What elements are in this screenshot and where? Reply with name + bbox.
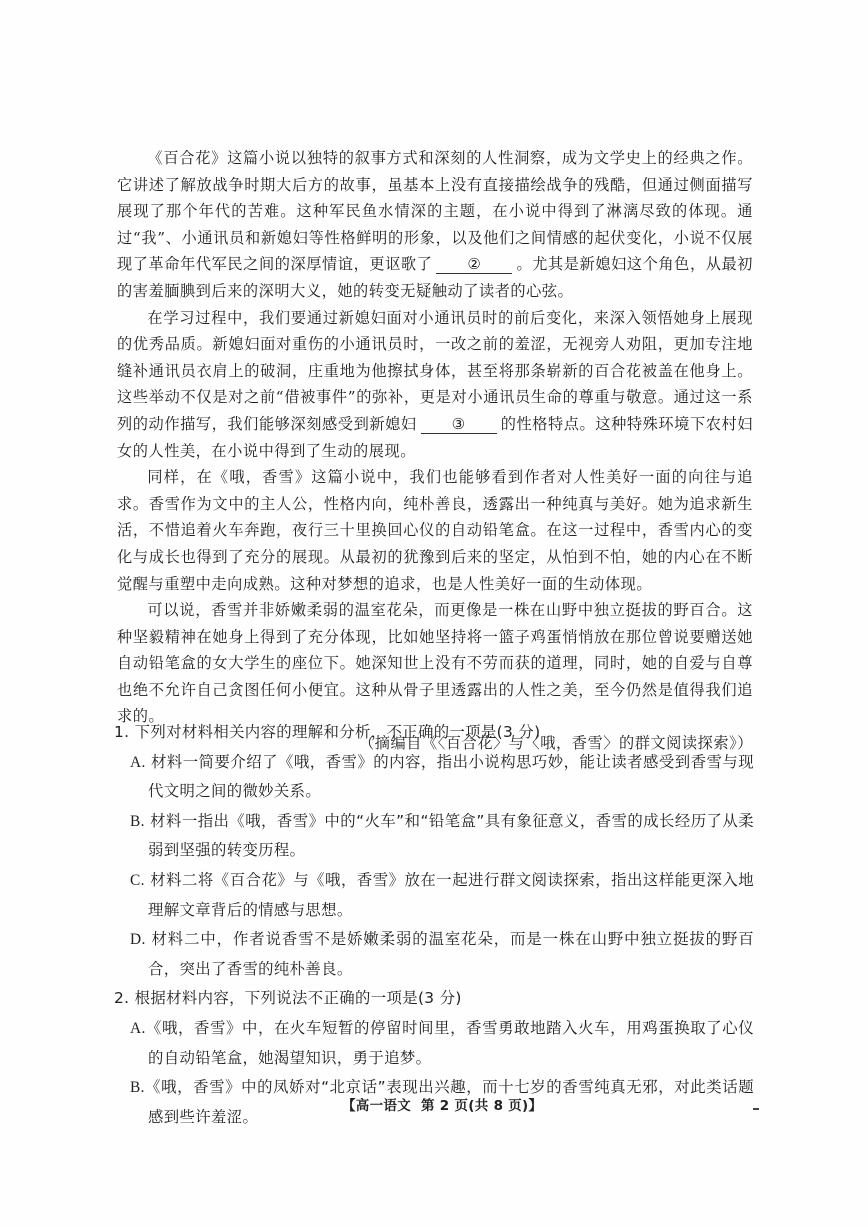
passage-paragraph-3: 同样，在《哦，香雪》这篇小说中，我们也能够看到作者对人性美好一面的向往与追求。香… [117,464,753,597]
margin-mark [753,1108,759,1110]
footer-page-number: 第 2 页(共 8 页)】 [421,1098,542,1114]
question-list: 1. 下列对材料相关内容的理解和分析，不正确的一项是(3 分) A. 材料一简要… [114,718,754,1132]
passage-paragraph-2: 在学习过程中，我们要通过新媳妇面对小通讯员时的前后变化，来深入领悟她身上展现的优… [117,305,753,465]
question-1-option-c: C. 材料二将《百合花》与《哦，香雪》放在一起进行群文阅读探索，指出这样能更深入… [114,866,754,925]
passage-paragraph-1: 《百合花》这篇小说以独特的叙事方式和深刻的人性洞察，成为文学史上的经典之作。它讲… [117,145,753,305]
reading-passage: 《百合花》这篇小说以独特的叙事方式和深刻的人性洞察，成为文学史上的经典之作。它讲… [117,145,753,757]
fill-blank-3: ③ [421,415,497,434]
question-1-option-b: B. 材料一指出《哦，香雪》中的“火车”和“铅笔盒”具有象征意义，香雪的成长经历… [114,807,754,866]
question-2-option-a: A.《哦，香雪》中，在火车短暂的停留时间里，香雪勇敢地踏入火车，用鸡蛋换取了心仪… [114,1014,754,1073]
page-footer: 【高一语文第 2 页(共 8 页)】 [342,1094,552,1114]
question-1-option-a: A. 材料一简要介绍了《哦，香雪》的内容，指出小说构思巧妙，能让读者感受到香雪与… [114,748,754,807]
passage-paragraph-4: 可以说，香雪并非娇嫩柔弱的温室花朵，而更像是一株在山野中独立挺拔的野百合。这种坚… [117,597,753,730]
question-1-option-d: D. 材料二中，作者说香雪不是娇嫩柔弱的温室花朵，而是一株在山野中独立挺拔的野百… [114,925,754,984]
fill-blank-2: ② [436,255,512,274]
question-1-stem: 1. 下列对材料相关内容的理解和分析，不正确的一项是(3 分) [114,718,754,748]
question-2-stem: 2. 根据材料内容，下列说法不正确的一项是(3 分) [114,984,754,1014]
footer-subject: 【高一语文 [342,1098,411,1114]
exam-page: 《百合花》这篇小说以独特的叙事方式和深刻的人性洞察，成为文学史上的经典之作。它讲… [0,0,868,1227]
